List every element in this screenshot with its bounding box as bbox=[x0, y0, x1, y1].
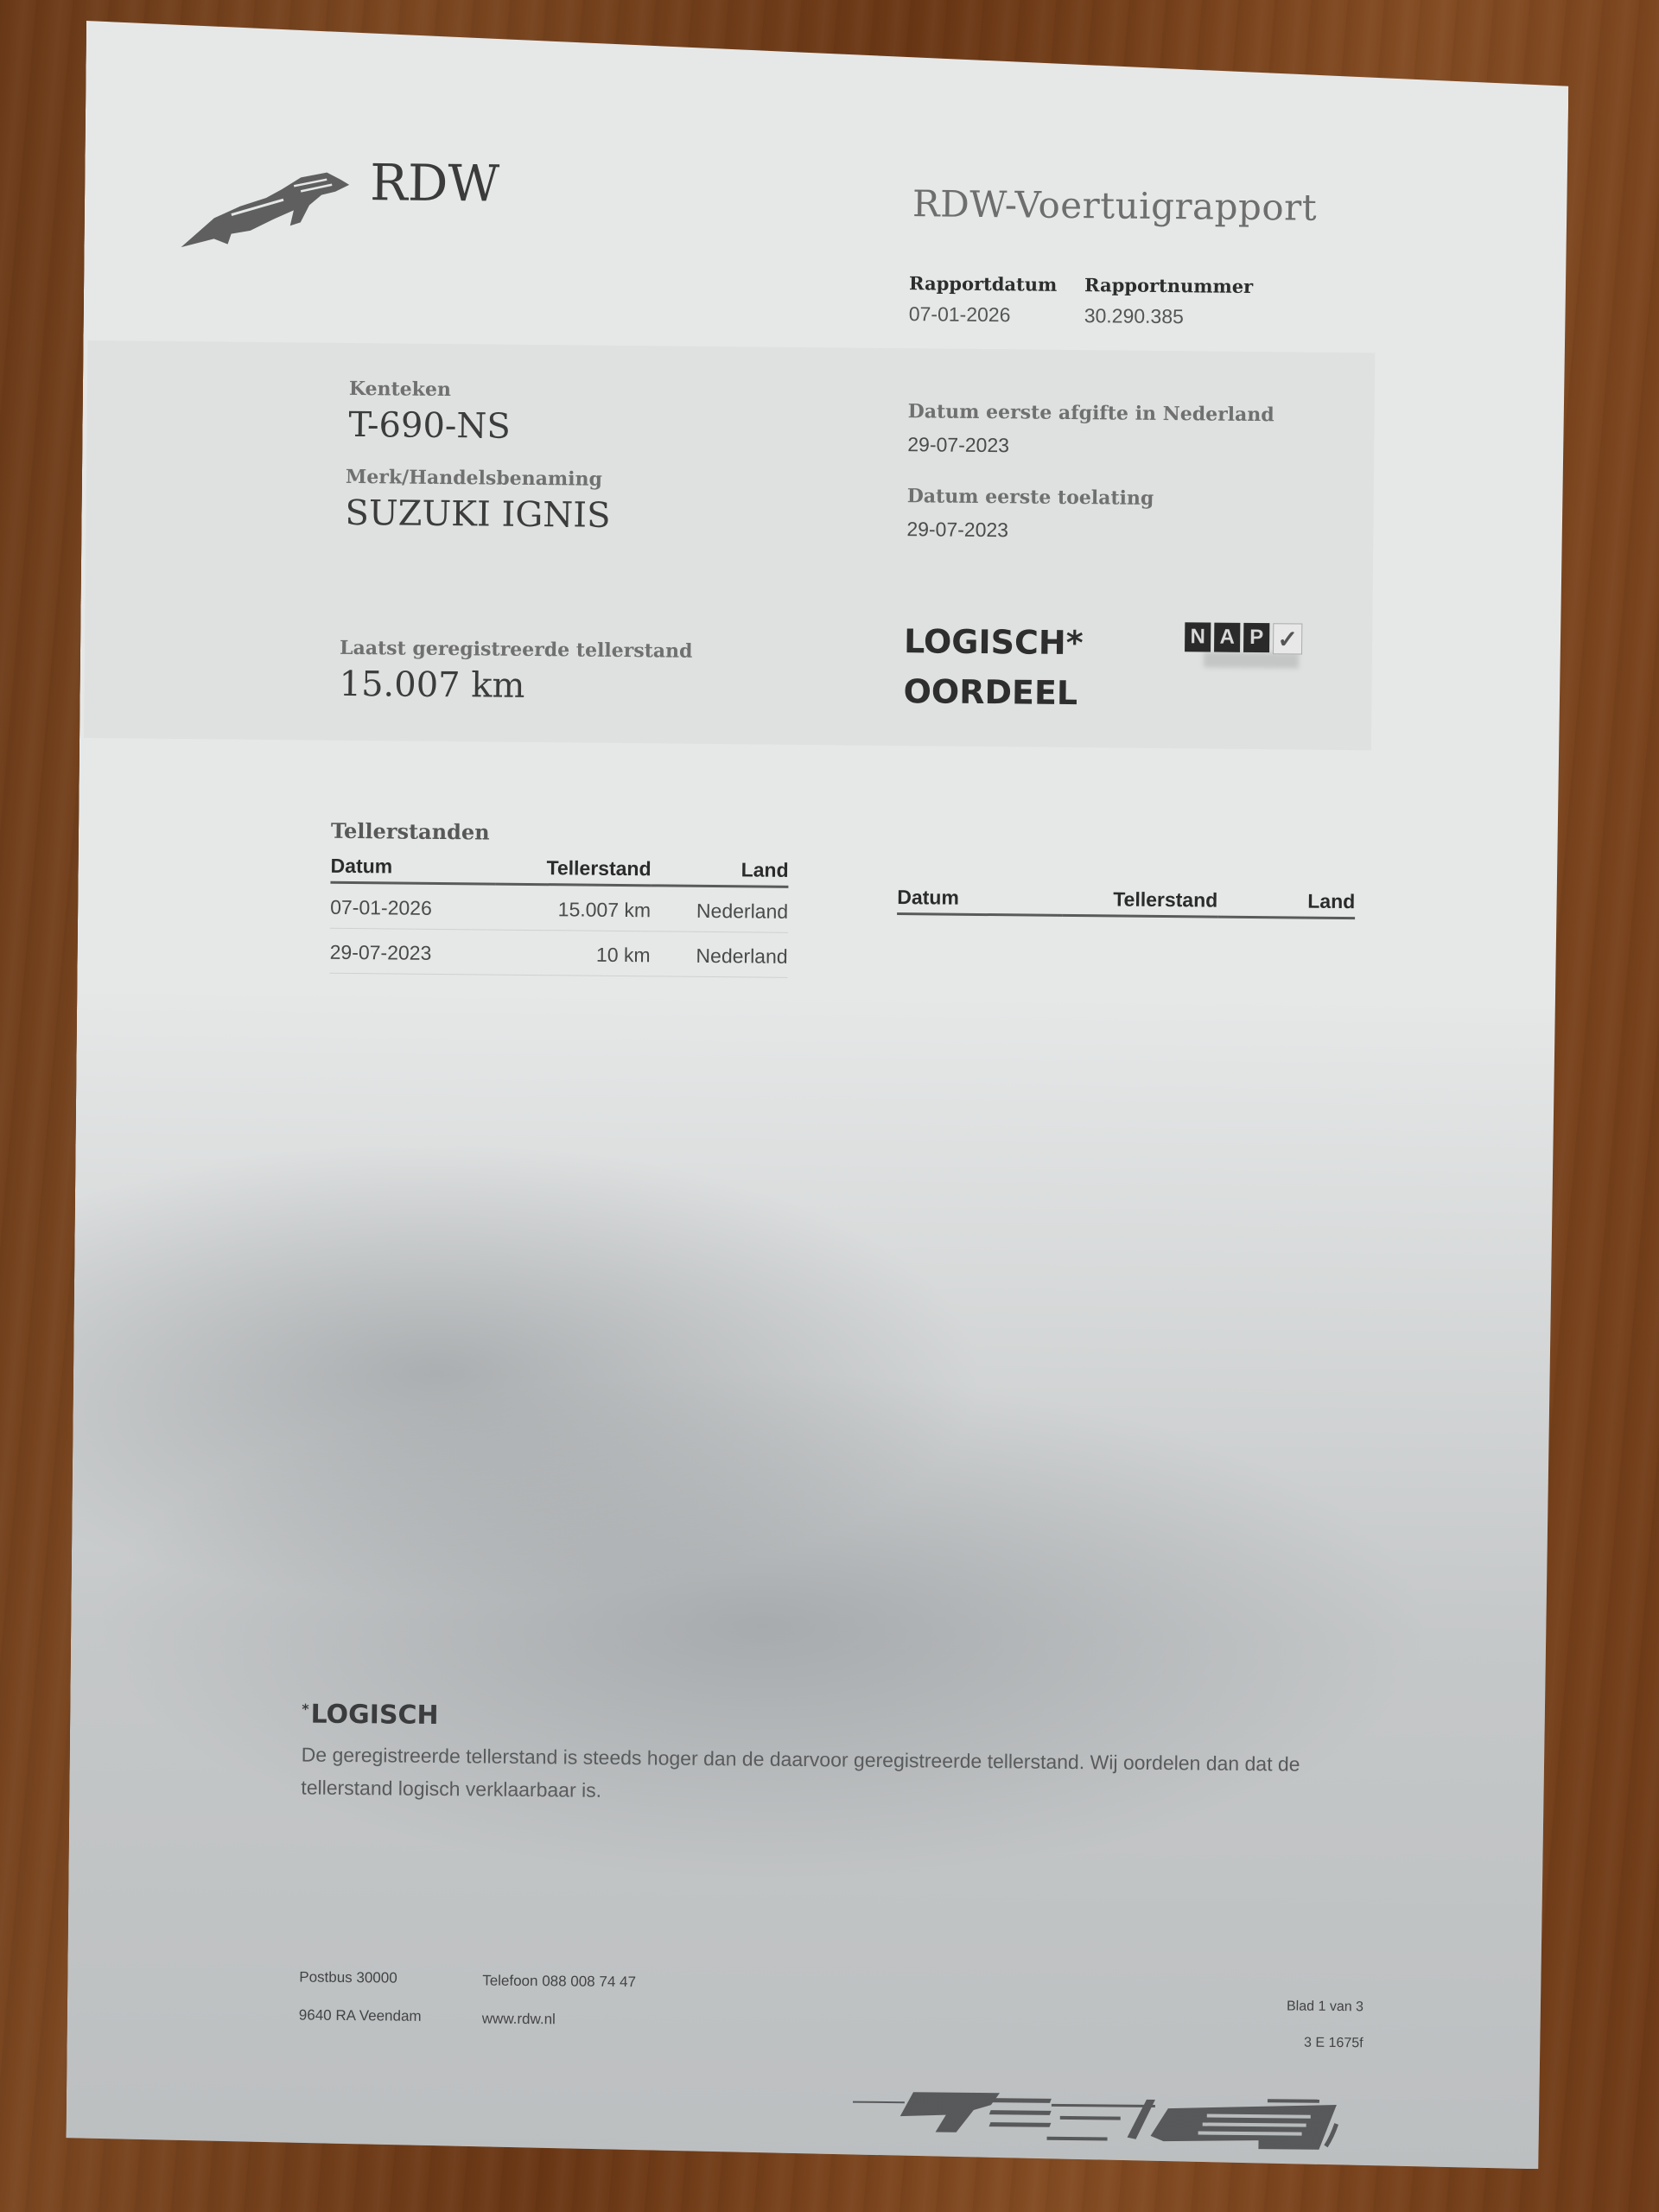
report-number-label: Rapportnummer bbox=[1084, 274, 1253, 297]
odometer-verdict: LOGISCH* OORDEEL bbox=[903, 616, 1084, 718]
col-date: Datum bbox=[330, 855, 495, 884]
last-odometer-field: Laatst geregistreerde tellerstand 15.007… bbox=[339, 637, 692, 708]
footnote-title-text: LOGISCH bbox=[310, 1700, 438, 1731]
table-row: 29-07-2023 10 km Nederland bbox=[329, 928, 787, 977]
col-country: Land bbox=[651, 857, 788, 887]
postal-address: Postbus 30000 9640 RA Veendam bbox=[299, 1958, 423, 2035]
website-link[interactable]: www.rdw.nl bbox=[482, 2000, 636, 2040]
nap-letter-n: N bbox=[1185, 622, 1211, 652]
contact-info: Telefoon 088 008 74 47 www.rdw.nl bbox=[482, 1962, 637, 2040]
report-title: RDW-Voertuigrapport bbox=[912, 182, 1318, 228]
make-field: Merk/Handelsbenaming SUZUKI IGNIS bbox=[345, 466, 611, 536]
verdict-line-1: LOGISCH* bbox=[904, 616, 1084, 668]
cell-date: 07-01-2026 bbox=[330, 882, 495, 930]
report-number: Rapportnummer 30.290.385 bbox=[1084, 274, 1254, 329]
report-date-value: 07-01-2026 bbox=[909, 302, 1057, 327]
phone: Telefoon 088 008 74 47 bbox=[482, 1962, 636, 2002]
brand-name: RDW bbox=[370, 153, 499, 213]
first-issue-nl-value: 29-07-2023 bbox=[907, 433, 1274, 460]
col-reading: Tellerstand bbox=[495, 856, 651, 886]
page-info: Blad 1 van 3 3 E 1675f bbox=[1259, 1988, 1363, 2062]
page-number: Blad 1 van 3 bbox=[1260, 1988, 1363, 2025]
cell-reading: 15.007 km bbox=[495, 884, 652, 931]
col-country: Land bbox=[1217, 889, 1355, 918]
document-code: 3 E 1675f bbox=[1259, 2024, 1363, 2062]
plate-label: Kenteken bbox=[349, 378, 512, 402]
po-box: Postbus 30000 bbox=[299, 1958, 422, 1997]
table-row: 07-01-2026 15.007 km Nederland bbox=[330, 882, 788, 932]
footnote-title: *LOGISCH bbox=[302, 1699, 1364, 1739]
rdw-decorative-stripes-icon bbox=[852, 2085, 1389, 2159]
footnote: *LOGISCH De geregistreerde tellerstand i… bbox=[301, 1699, 1364, 1814]
report-date: Rapportdatum 07-01-2026 bbox=[909, 272, 1058, 327]
cell-country: Nederland bbox=[651, 886, 789, 933]
nap-badge: N A P ✓ bbox=[1185, 622, 1302, 654]
first-admission-label: Datum eerste toelating bbox=[907, 485, 1154, 510]
footnote-marker: * bbox=[302, 1700, 309, 1717]
make-value: SUZUKI IGNIS bbox=[345, 493, 610, 536]
cell-reading: 10 km bbox=[494, 930, 651, 976]
checkmark-icon: ✓ bbox=[1273, 623, 1302, 654]
odometer-table-continued: Datum Tellerstand Land bbox=[897, 886, 1355, 919]
rdw-logo-icon bbox=[179, 164, 353, 252]
first-admission-field: Datum eerste toelating 29-07-2023 bbox=[906, 485, 1154, 543]
vehicle-summary-panel bbox=[84, 340, 1375, 750]
report-page: RDW RDW-Voertuigrapport Rapportdatum 07-… bbox=[66, 21, 1569, 2169]
report-number-value: 30.290.385 bbox=[1084, 304, 1253, 329]
last-odometer-value: 15.007 km bbox=[339, 664, 692, 708]
odometer-table: Datum Tellerstand Land 07-01-2026 15.007… bbox=[329, 855, 788, 978]
col-reading: Tellerstand bbox=[1062, 887, 1217, 917]
cell-country: Nederland bbox=[650, 931, 788, 978]
first-admission-value: 29-07-2023 bbox=[906, 518, 1154, 543]
report-date-label: Rapportdatum bbox=[909, 272, 1057, 296]
postal-city: 9640 RA Veendam bbox=[299, 1996, 422, 2035]
table-header-row: Datum Tellerstand Land bbox=[897, 886, 1355, 918]
cell-date: 29-07-2023 bbox=[329, 928, 494, 975]
nap-letter-a: A bbox=[1214, 623, 1240, 652]
table-header-row: Datum Tellerstand Land bbox=[330, 855, 788, 887]
first-issue-nl-label: Datum eerste afgifte in Nederland bbox=[908, 400, 1274, 426]
odometer-section-title: Tellerstanden bbox=[331, 818, 490, 845]
nap-letter-p: P bbox=[1243, 623, 1269, 652]
make-label: Merk/Handelsbenaming bbox=[346, 466, 611, 491]
first-issue-nl-field: Datum eerste afgifte in Nederland 29-07-… bbox=[907, 400, 1274, 460]
footnote-text: De geregistreerde tellerstand is steeds … bbox=[301, 1738, 1364, 1814]
col-date: Datum bbox=[897, 886, 1062, 915]
verdict-line-2: OORDEEL bbox=[903, 666, 1083, 718]
last-odometer-label: Laatst geregistreerde tellerstand bbox=[340, 637, 693, 663]
plate-field: Kenteken T-690-NS bbox=[348, 378, 511, 447]
plate-value: T-690-NS bbox=[348, 405, 511, 447]
